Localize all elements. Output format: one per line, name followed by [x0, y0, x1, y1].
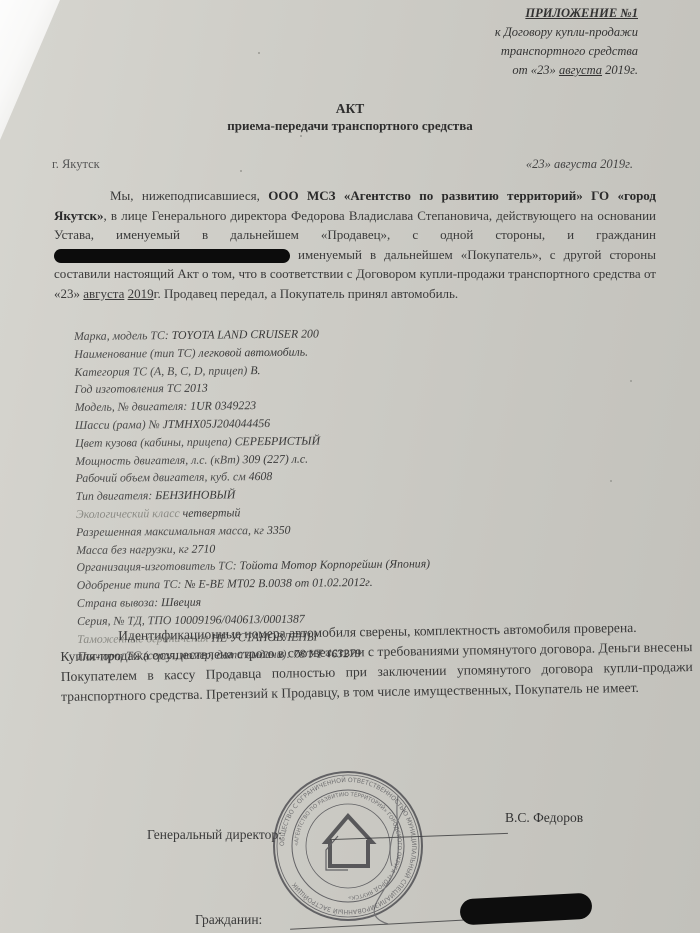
intro-paragraph: Мы, нижеподписавшиеся, ООО МСЗ «Агентств…	[54, 186, 656, 304]
spec-value: TOYOTA LAND CRUISER 200	[172, 326, 319, 342]
appendix-line-1: к Договору купли-продажи	[495, 23, 638, 42]
director-signature-label: Генеральный директор:	[147, 827, 282, 843]
appendix-line-3: от «23» августа 2019г.	[495, 61, 638, 80]
spec-label: Модель, № двигателя:	[75, 399, 191, 414]
closing-rest: Купля-продажа осуществлена строго в соот…	[60, 637, 693, 707]
spec-label: Наименование (тип ТС)	[74, 345, 198, 360]
intro-year: 2019	[128, 286, 154, 301]
spec-label: Тип двигателя:	[76, 488, 156, 503]
spec-value: Тойота Мотор Корпорейшн (Япония)	[239, 557, 430, 573]
spec-value: 2013	[184, 381, 208, 395]
spec-value: JTMHX05J204044456	[163, 416, 271, 431]
spec-value: СЕРЕБРИСТЫЙ	[235, 433, 321, 448]
spec-label: Разрешенная максимальная масса, кг	[76, 523, 267, 539]
spec-label: Шасси (рама) №	[75, 417, 163, 432]
intro-text-2: , в лице Генерального директора Федорова…	[54, 208, 656, 243]
appendix-header: ПРИЛОЖЕНИЕ №1 к Договору купли-продажи т…	[495, 4, 638, 80]
spec-label: Год изготовления ТС	[75, 381, 185, 396]
redacted-citizen-signature	[459, 893, 592, 926]
stamp-seal-icon: ОБЩЕСТВО С ОГРАНИЧЕННОЙ ОТВЕТСТВЕННОСТЬЮ…	[268, 766, 428, 926]
intro-text-4: г. Продавец передал, а Покупатель принял…	[154, 286, 459, 301]
spec-label: Категория ТС (A, B, C, D, прицеп)	[74, 363, 250, 379]
spec-value: легковой автомобиль.	[198, 344, 308, 359]
spec-label: Масса без нагрузки, кг	[76, 541, 191, 556]
act-subtitle: приема-передачи транспортного средства	[0, 118, 700, 134]
act-date: «23» августа 2019г.	[526, 157, 633, 172]
appendix-title: ПРИЛОЖЕНИЕ №1	[495, 4, 638, 23]
svg-text:«АГЕНТСТВО ПО РАЗВИТИЮ ТЕРРИТО: «АГЕНТСТВО ПО РАЗВИТИЮ ТЕРРИТОРИЙ» ГОРОД…	[294, 792, 402, 900]
director-name: В.С. Федоров	[505, 810, 583, 826]
company-stamp: ОБЩЕСТВО С ОГРАНИЧЕННОЙ ОТВЕТСТВЕННОСТЬЮ…	[268, 766, 428, 926]
spec-value: 3350	[267, 523, 291, 537]
spec-value: четвертый	[183, 505, 241, 520]
act-title: АКТ	[0, 101, 700, 117]
spec-value: 2710	[192, 541, 216, 555]
closing-paragraph: Идентификационные номера автомобиля свер…	[60, 617, 693, 707]
spec-value: 309 (227) л.с.	[242, 451, 308, 466]
intro-text-1: Мы, нижеподписавшиеся,	[110, 188, 268, 203]
spec-label: Мощность двигателя, л.с. (кВт)	[75, 452, 242, 468]
document-page: ПРИЛОЖЕНИЕ №1 к Договору купли-продажи т…	[0, 0, 700, 933]
spec-label: Одобрение типа ТС:	[77, 577, 185, 592]
spec-label: Экологический класс	[76, 506, 183, 521]
city: г. Якутск	[52, 157, 100, 172]
citizen-signature-label: Гражданин:	[195, 912, 262, 928]
appendix-date-month: августа	[559, 63, 602, 77]
spec-label: Страна вывоза:	[77, 595, 161, 610]
spec-label: Цвет кузова (кабины, прицепа)	[75, 434, 235, 450]
spec-value: БЕНЗИНОВЫЙ	[155, 487, 235, 502]
spec-value: Швеция	[161, 595, 201, 609]
appendix-date-prefix: от «23»	[512, 63, 559, 77]
spec-value: 1UR 0349223	[190, 398, 256, 413]
vehicle-specs-list: Марка, модель ТС: TOYOTA LAND CRUISER 20…	[74, 324, 431, 666]
spec-value: № E-BE MT02 B.0038 от 01.02.2012г.	[184, 575, 372, 591]
appendix-line-2: транспортного средства	[495, 42, 638, 61]
spec-label: Организация-изготовитель ТС:	[76, 559, 239, 575]
redacted-buyer-name	[54, 249, 290, 263]
intro-month: августа	[83, 286, 124, 301]
spec-label: Марка, модель ТС:	[74, 328, 172, 343]
spec-value: B.	[250, 363, 260, 377]
spec-label: Рабочий объем двигателя, куб. см	[76, 470, 249, 486]
spec-value: 4608	[249, 469, 273, 483]
appendix-date-suffix: 2019г.	[602, 63, 638, 77]
